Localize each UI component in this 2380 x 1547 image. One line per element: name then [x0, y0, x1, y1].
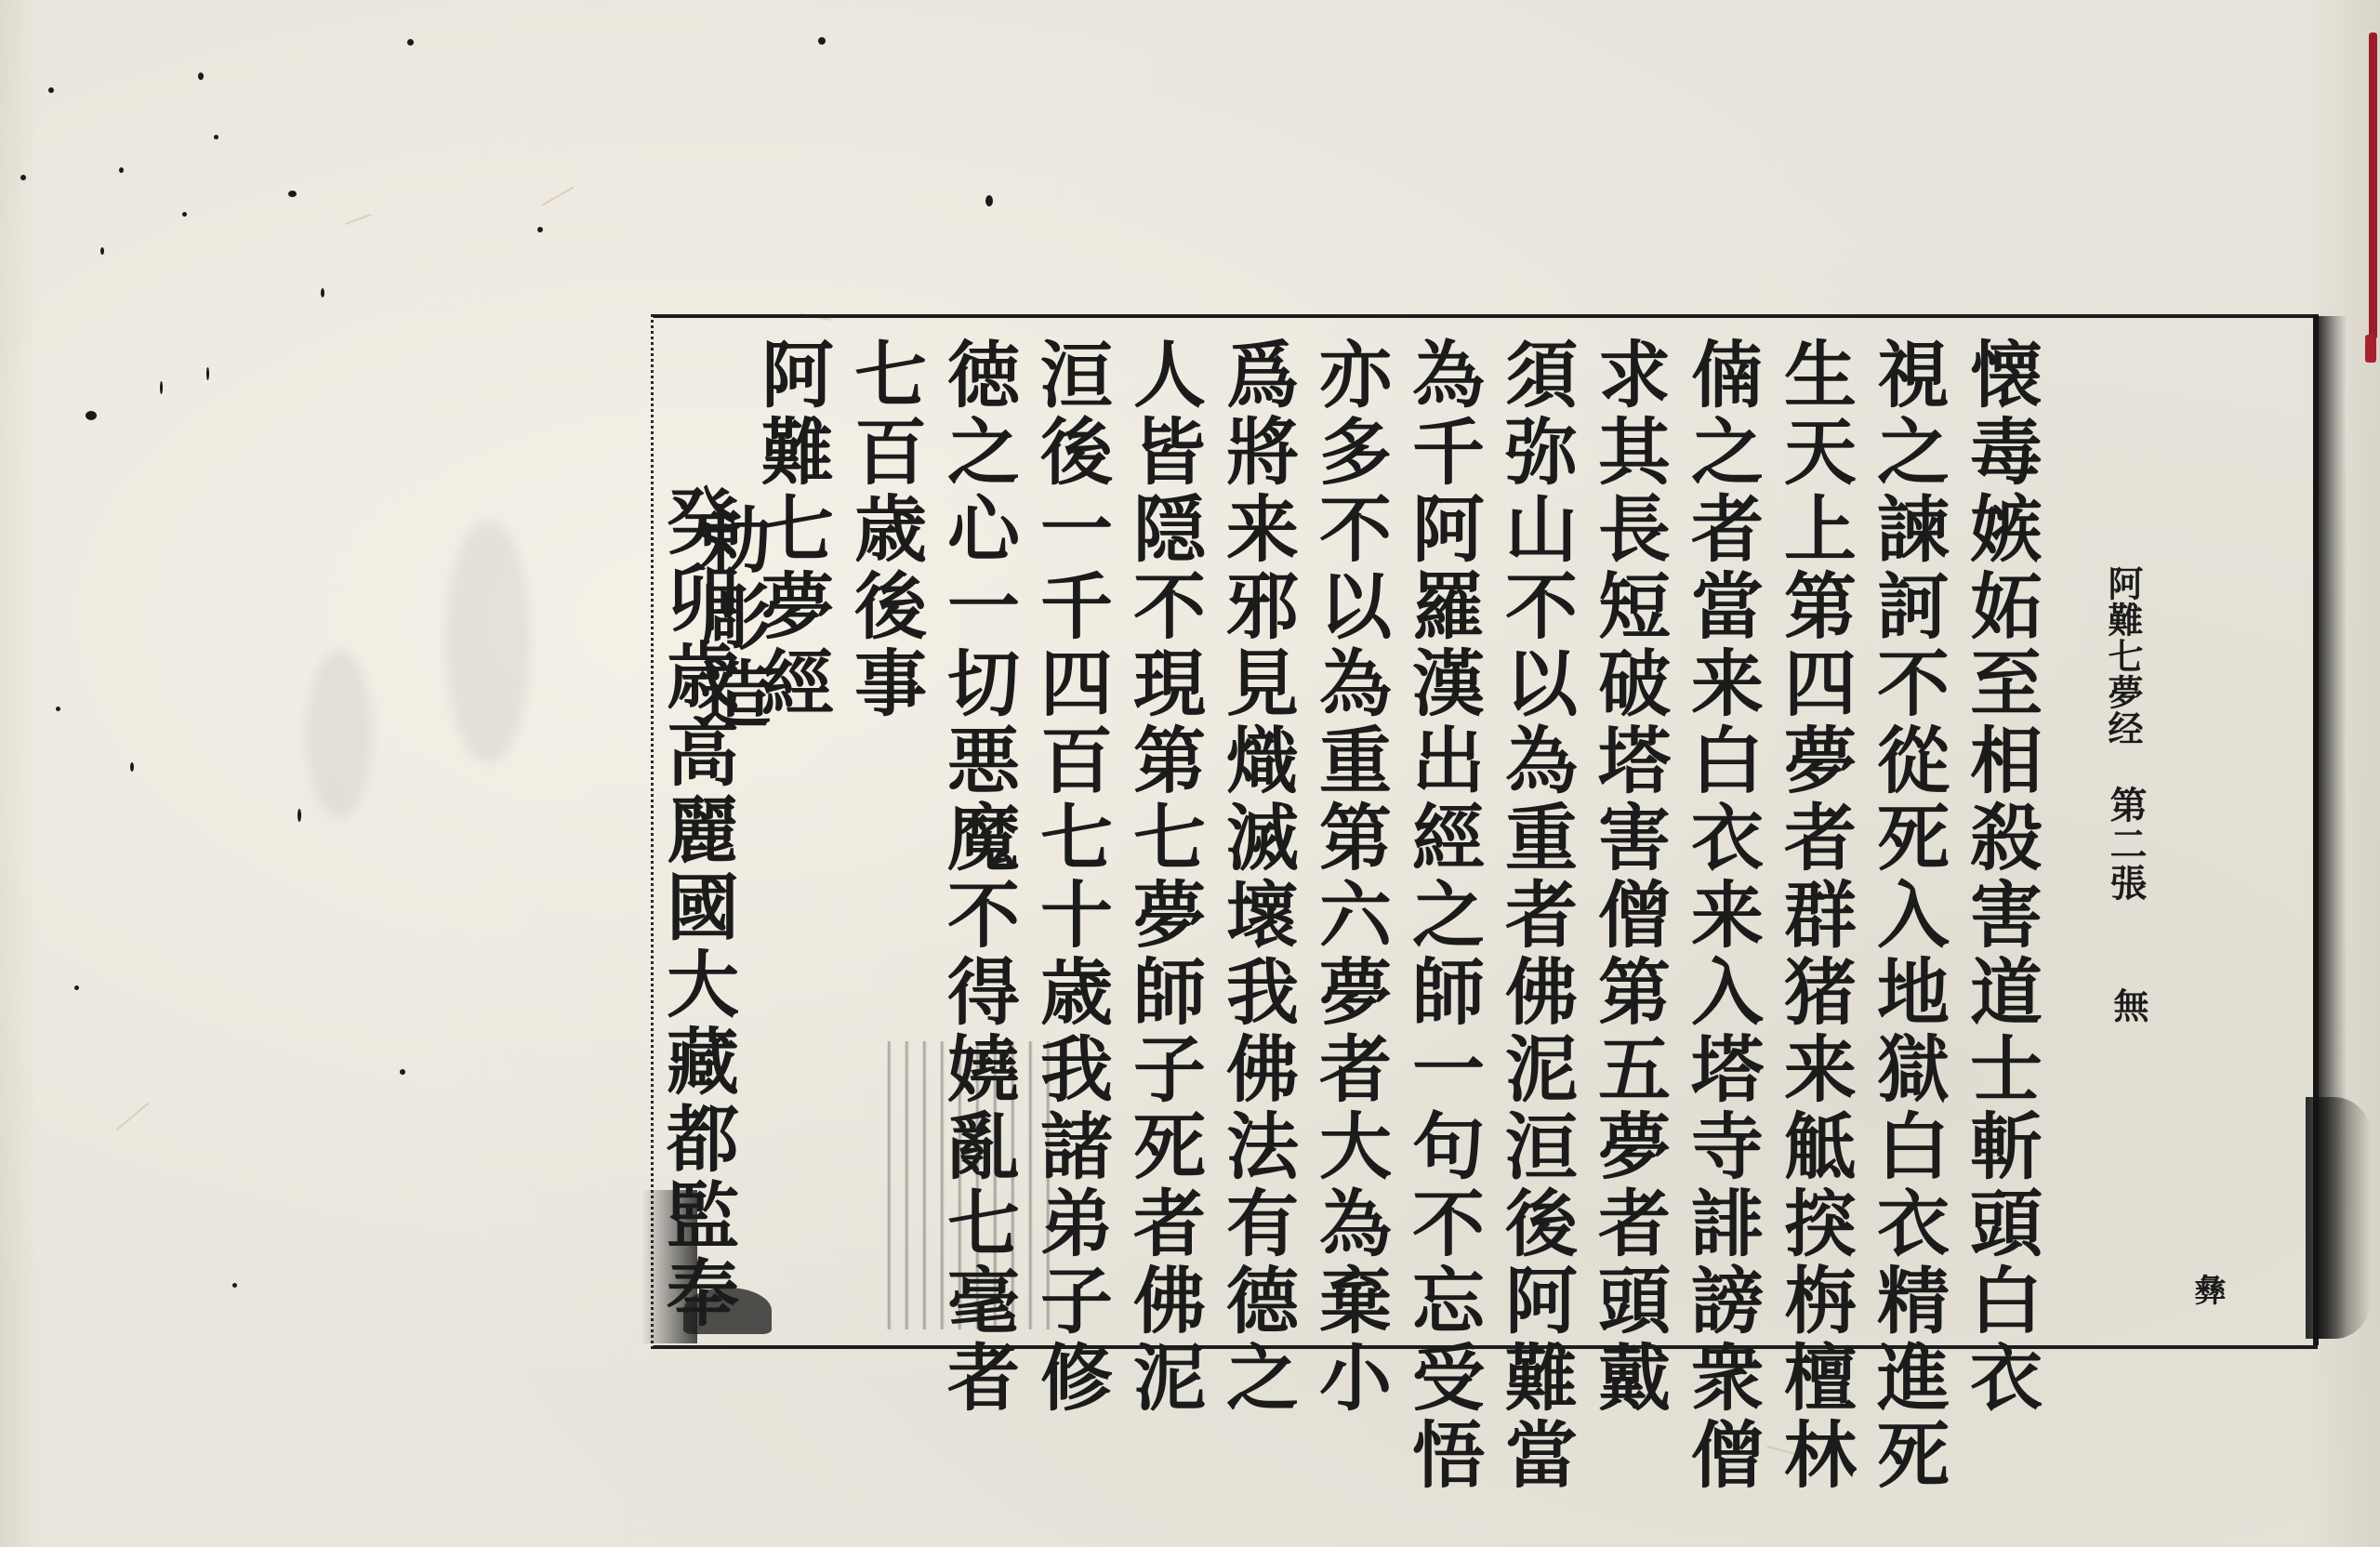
ink-speck	[206, 367, 209, 380]
marginal-sutra-title: 阿難七夢经	[2097, 565, 2149, 747]
ink-speck	[198, 73, 204, 80]
ink-speck	[537, 227, 543, 232]
ink-speck	[297, 809, 301, 822]
text-column-1: 懐毒嫉妬至相殺害道士斬頭白衣	[1963, 337, 2036, 1417]
ink-speck	[288, 191, 297, 197]
text-column-5: 求其長短破塔害僧第五夢者頭戴	[1592, 337, 1664, 1417]
ink-speck	[86, 411, 97, 420]
ink-speck	[56, 707, 60, 711]
thumb-smudge	[446, 521, 530, 762]
ink-speck	[407, 39, 414, 46]
ink-speck	[400, 1069, 405, 1075]
text-column-13: 七百歳後事	[848, 337, 920, 722]
text-column-10: 人皆隠不現第七夢師子死者佛泥	[1127, 337, 1199, 1417]
text-column-2: 視之諫訶不從死入地獄白衣精進死	[1871, 337, 1943, 1494]
ink-speck	[20, 175, 26, 180]
ink-speck	[214, 135, 218, 139]
text-column-6: 須弥山不以為重者佛泥洹後阿難當	[1499, 337, 1571, 1494]
thumb-smudge	[307, 651, 372, 818]
ink-speck	[160, 381, 163, 394]
ink-speck	[182, 212, 187, 217]
text-column-11: 洹後一千四百七十歳我諸弟子修	[1034, 337, 1106, 1417]
ink-speck	[321, 288, 324, 297]
text-column-7: 為千阿羅漢出經之師一句不忘受悟	[1406, 337, 1478, 1494]
marginal-case-mark: 無	[2103, 987, 2154, 1023]
ink-speck	[232, 1283, 237, 1288]
carver-mark: 彝	[2185, 1274, 2230, 1305]
text-column-3: 生天上第四夢者群猪来觝揬栴檀林	[1778, 337, 1850, 1494]
text-column-12: 徳之心一切悪魔不得嬈亂七毫者	[941, 337, 1013, 1417]
ink-speck	[818, 37, 826, 45]
ink-speck	[119, 167, 124, 173]
binding-thread-knot	[2365, 335, 2376, 363]
ink-speck	[48, 87, 54, 93]
ink-speck	[100, 247, 104, 255]
ink-speck	[74, 985, 79, 990]
ink-bleed-right-bottom	[2306, 1097, 2371, 1339]
binding-thread	[2369, 33, 2377, 339]
text-column-4: 㑲之者當来白衣来入塔寺誹謗衆僧	[1685, 337, 1757, 1494]
ink-speck	[130, 762, 134, 772]
text-column-9: 爲將来邪見熾滅壞我佛法有德之	[1220, 337, 1292, 1417]
colophon-carving-line: 勅彫造	[693, 502, 765, 734]
ink-speck	[985, 195, 993, 206]
marginal-page-number: 第二張	[2099, 786, 2152, 903]
text-column-8: 亦多不以為重第六夢者大為棄小	[1313, 337, 1385, 1417]
